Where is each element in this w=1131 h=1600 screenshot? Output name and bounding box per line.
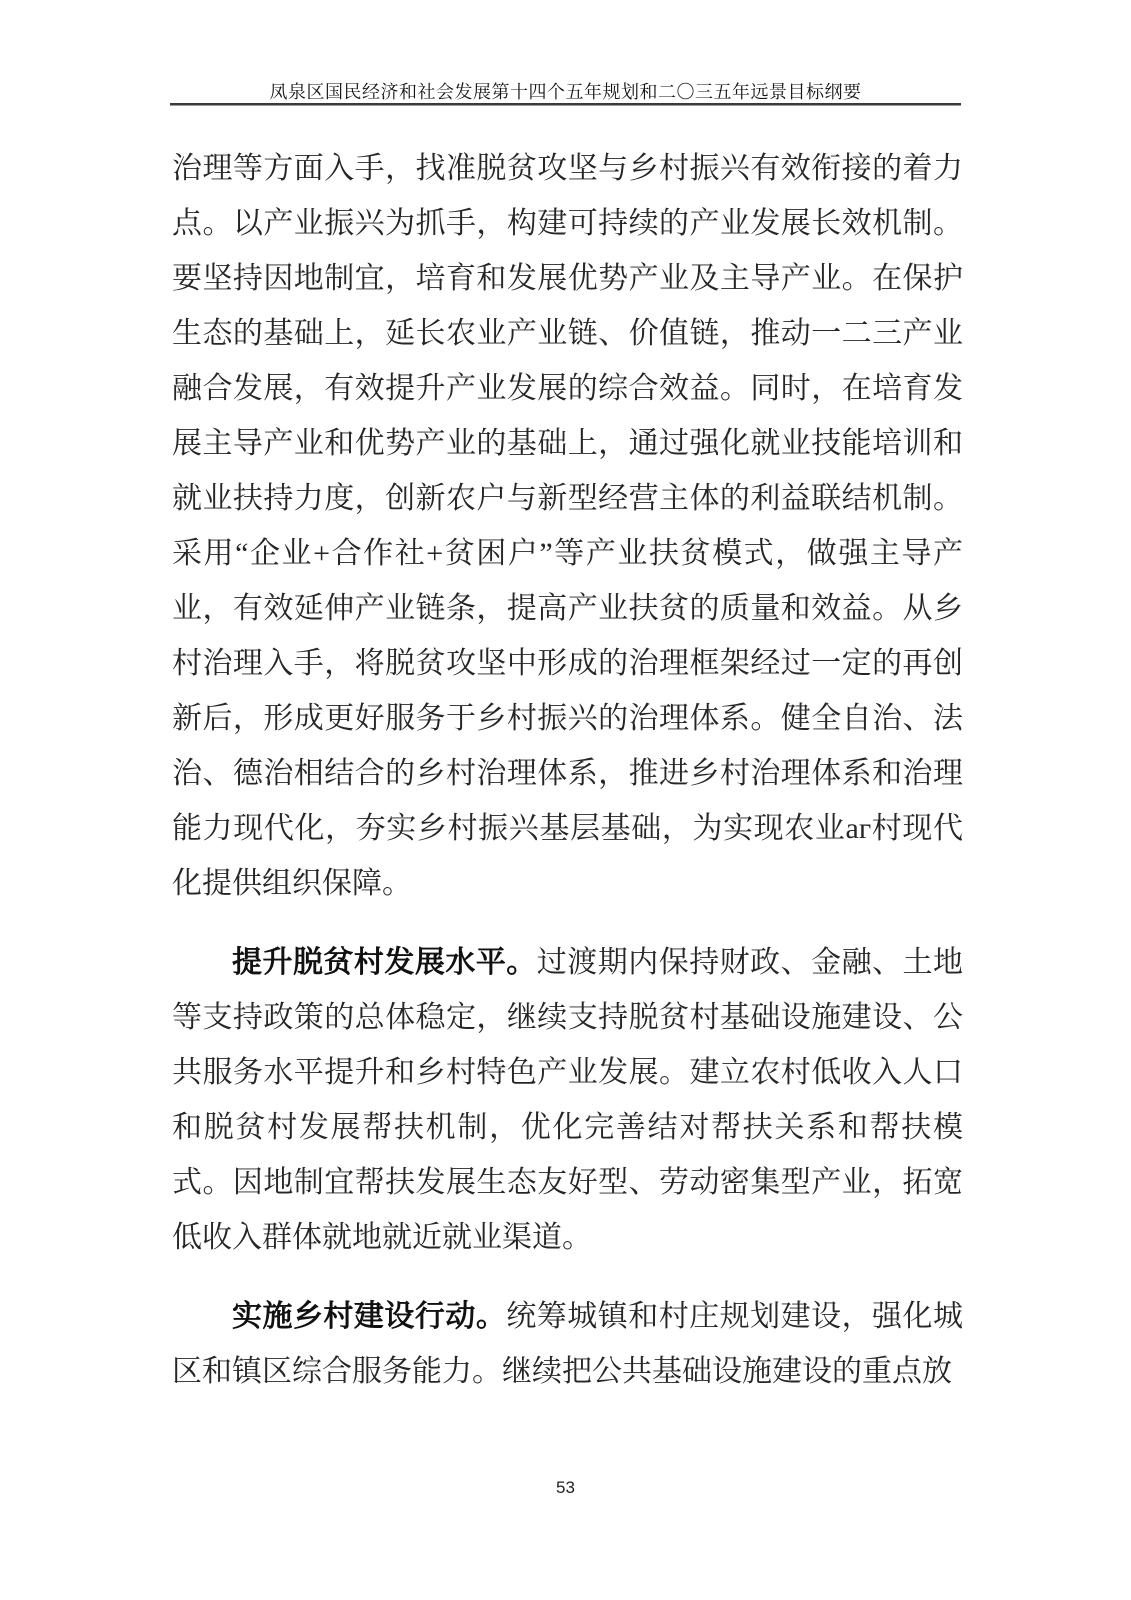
paragraph-text: 治理等方面入手，找准脱贫攻坚与乡村振兴有效衔接的着力点。以产业振兴为抓手，构建可… [172,152,963,900]
paragraph: 实施乡村建设行动。统筹城镇和村庄规划建设，强化城区和镇区综合服务能力。继续把公共… [172,1289,963,1399]
paragraph: 治理等方面入手，找准脱贫攻坚与乡村振兴有效衔接的着力点。以产业振兴为抓手，构建可… [172,141,963,911]
paragraph-lead: 提升脱贫村发展水平。 [232,946,537,979]
document-body: 治理等方面入手，找准脱贫攻坚与乡村振兴有效衔接的着力点。以产业振兴为抓手，构建可… [172,141,963,1423]
header-rule [170,103,961,106]
document-page: 凤泉区国民经济和社会发展第十四个五年规划和二〇三五年远景目标纲要 治理等方面入手… [0,0,1131,1600]
paragraph-lead: 实施乡村建设行动。 [232,1300,506,1333]
header-title: 凤泉区国民经济和社会发展第十四个五年规划和二〇三五年远景目标纲要 [0,78,1131,104]
paragraph-text: 过渡期内保持财政、金融、土地等支持政策的总体稳定，继续支持脱贫村基础设施建设、公… [172,946,963,1254]
paragraph: 提升脱贫村发展水平。过渡期内保持财政、金融、土地等支持政策的总体稳定，继续支持脱… [172,935,963,1265]
page-number: 53 [0,1478,1131,1498]
